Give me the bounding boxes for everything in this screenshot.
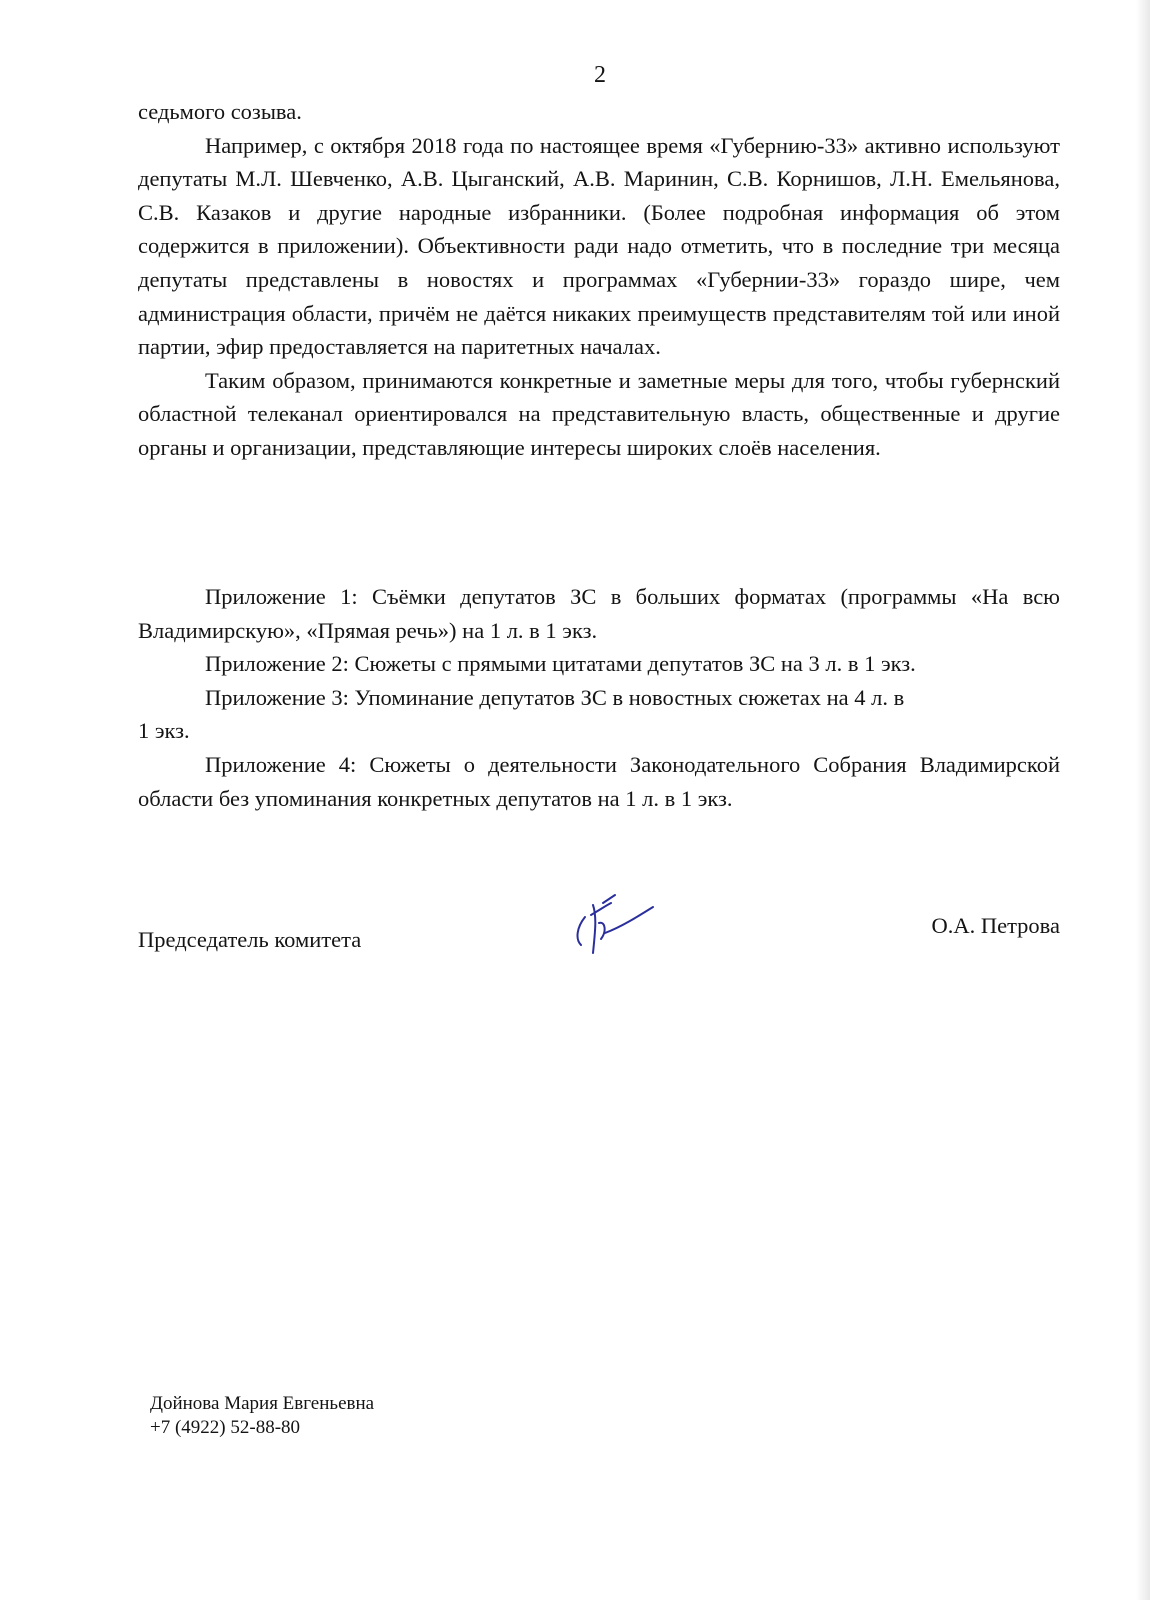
signature-block: Председатель комитета О.А. Петрова xyxy=(138,905,1060,965)
attachment-4: Приложение 4: Сюжеты о деятельности Зако… xyxy=(138,748,1060,815)
attachment-2: Приложение 2: Сюжеты с прямыми цитатами … xyxy=(138,647,1060,681)
handwritten-signature-icon xyxy=(563,875,663,975)
executor-phone: +7 (4922) 52-88-80 xyxy=(150,1416,374,1440)
paragraph-examples: Например, с октября 2018 года по настоящ… xyxy=(138,129,1060,364)
attachment-3-continuation: 1 экз. xyxy=(138,714,1060,748)
letter-body: седьмого созыва. Например, с октября 201… xyxy=(138,95,1060,465)
paragraph-conclusion: Таким образом, принимаются конкретные и … xyxy=(138,364,1060,465)
signatory-name: О.А. Петрова xyxy=(931,913,1060,939)
attachments-list: Приложение 1: Съёмки депутатов ЗС в боль… xyxy=(138,580,1060,815)
executor-name: Дойнова Мария Евгеньевна xyxy=(150,1392,374,1416)
paragraph-continuation: седьмого созыва. xyxy=(138,95,1060,129)
attachment-1: Приложение 1: Съёмки депутатов ЗС в боль… xyxy=(138,580,1060,647)
executor-contact: Дойнова Мария Евгеньевна +7 (4922) 52-88… xyxy=(150,1392,374,1440)
attachment-3: Приложение 3: Упоминание депутатов ЗС в … xyxy=(138,681,1060,715)
page-number: 2 xyxy=(0,62,1150,89)
signatory-title: Председатель комитета xyxy=(138,927,361,953)
scan-edge-shadow xyxy=(1136,0,1150,1600)
